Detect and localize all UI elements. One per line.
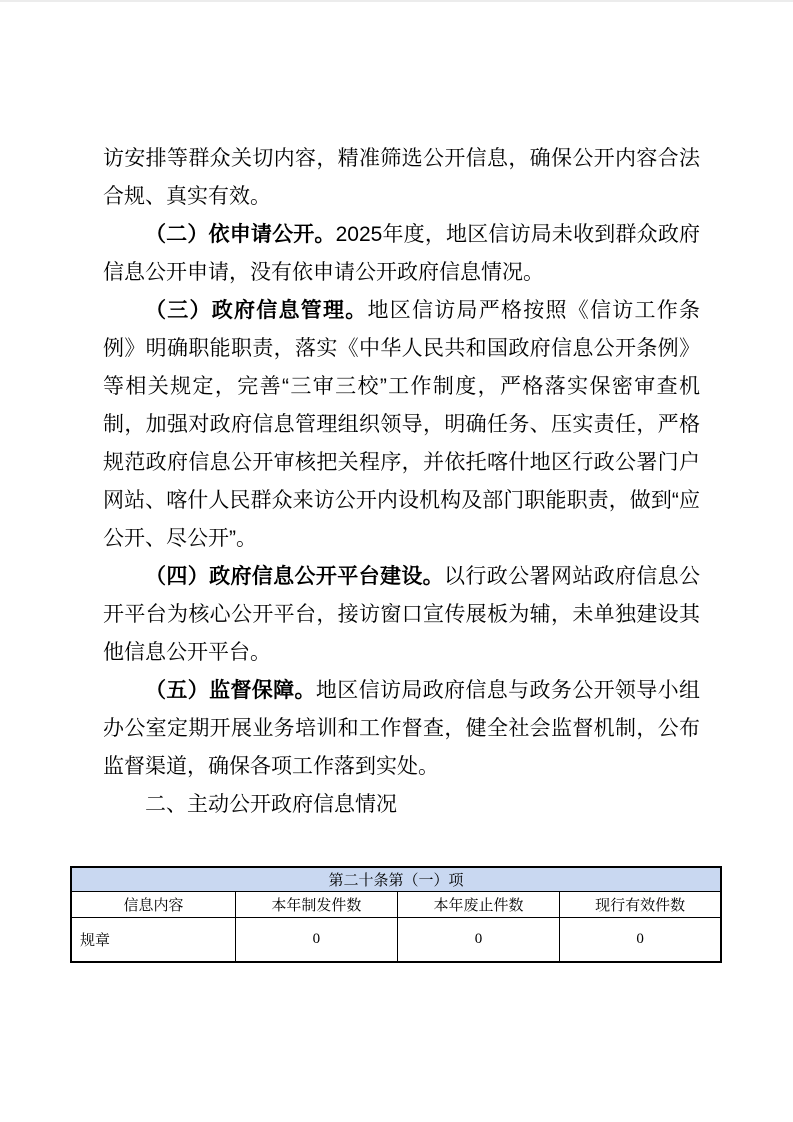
document-body: 访安排等群众关切内容，精准筛选公开信息，确保公开内容合法合规、真实有效。 （二）… bbox=[103, 140, 700, 824]
column-header-info-content: 信息内容 bbox=[71, 892, 235, 918]
table-cell: 0 bbox=[560, 918, 721, 963]
row-label-regulations: 规章 bbox=[71, 918, 235, 963]
paragraph-text: 地区信访局严格按照《信访工作条例》明确职能职责，落实《中华人民共和国政府信息公开… bbox=[103, 299, 700, 550]
paragraph-text: 访安排等群众关切内容，精准筛选公开信息，确保公开内容合法合规、真实有效。 bbox=[103, 147, 700, 208]
disclosure-table-container: 第二十条第（一）项 信息内容 本年制发件数 本年废止件数 现行有效件数 规章 0… bbox=[70, 866, 722, 963]
table-cell: 0 bbox=[397, 918, 560, 963]
section-label: （五）监督保障。 bbox=[145, 679, 316, 702]
column-header-currently-valid: 现行有效件数 bbox=[560, 892, 721, 918]
paragraph-request-disclosure: （二）依申请公开。2025年度，地区信访局未收到群众政府信息公开申请，没有依申请… bbox=[103, 216, 700, 292]
section-heading: 二、主动公开政府信息情况 bbox=[103, 786, 700, 824]
table-cell: 0 bbox=[235, 918, 397, 963]
page-top-edge bbox=[0, 0, 793, 2]
paragraph-continuation: 访安排等群众关切内容，精准筛选公开信息，确保公开内容合法合规、真实有效。 bbox=[103, 140, 700, 216]
paragraph-platform-construction: （四）政府信息公开平台建设。以行政公署网站政府信息公开平台为核心公开平台，接访窗… bbox=[103, 558, 700, 672]
document-page: { "page": { "background_color": "#ffffff… bbox=[0, 0, 793, 1122]
disclosure-table: 第二十条第（一）项 信息内容 本年制发件数 本年废止件数 现行有效件数 规章 0… bbox=[70, 866, 722, 963]
section-label: （四）政府信息公开平台建设。 bbox=[145, 565, 444, 588]
column-header-issued-this-year: 本年制发件数 bbox=[235, 892, 397, 918]
table-title: 第二十条第（一）项 bbox=[71, 867, 721, 892]
table-row: 规章 0 0 0 bbox=[71, 918, 721, 963]
section-label: （三）政府信息管理。 bbox=[145, 299, 368, 322]
section-label: （二）依申请公开。 bbox=[145, 223, 336, 246]
table-title-row: 第二十条第（一）项 bbox=[71, 867, 721, 892]
paragraph-supervision: （五）监督保障。地区信访局政府信息与政务公开领导小组办公室定期开展业务培训和工作… bbox=[103, 672, 700, 786]
paragraph-info-management: （三）政府信息管理。地区信访局严格按照《信访工作条例》明确职能职责，落实《中华人… bbox=[103, 292, 700, 558]
column-header-abolished-this-year: 本年废止件数 bbox=[397, 892, 560, 918]
table-header-row: 信息内容 本年制发件数 本年废止件数 现行有效件数 bbox=[71, 892, 721, 918]
